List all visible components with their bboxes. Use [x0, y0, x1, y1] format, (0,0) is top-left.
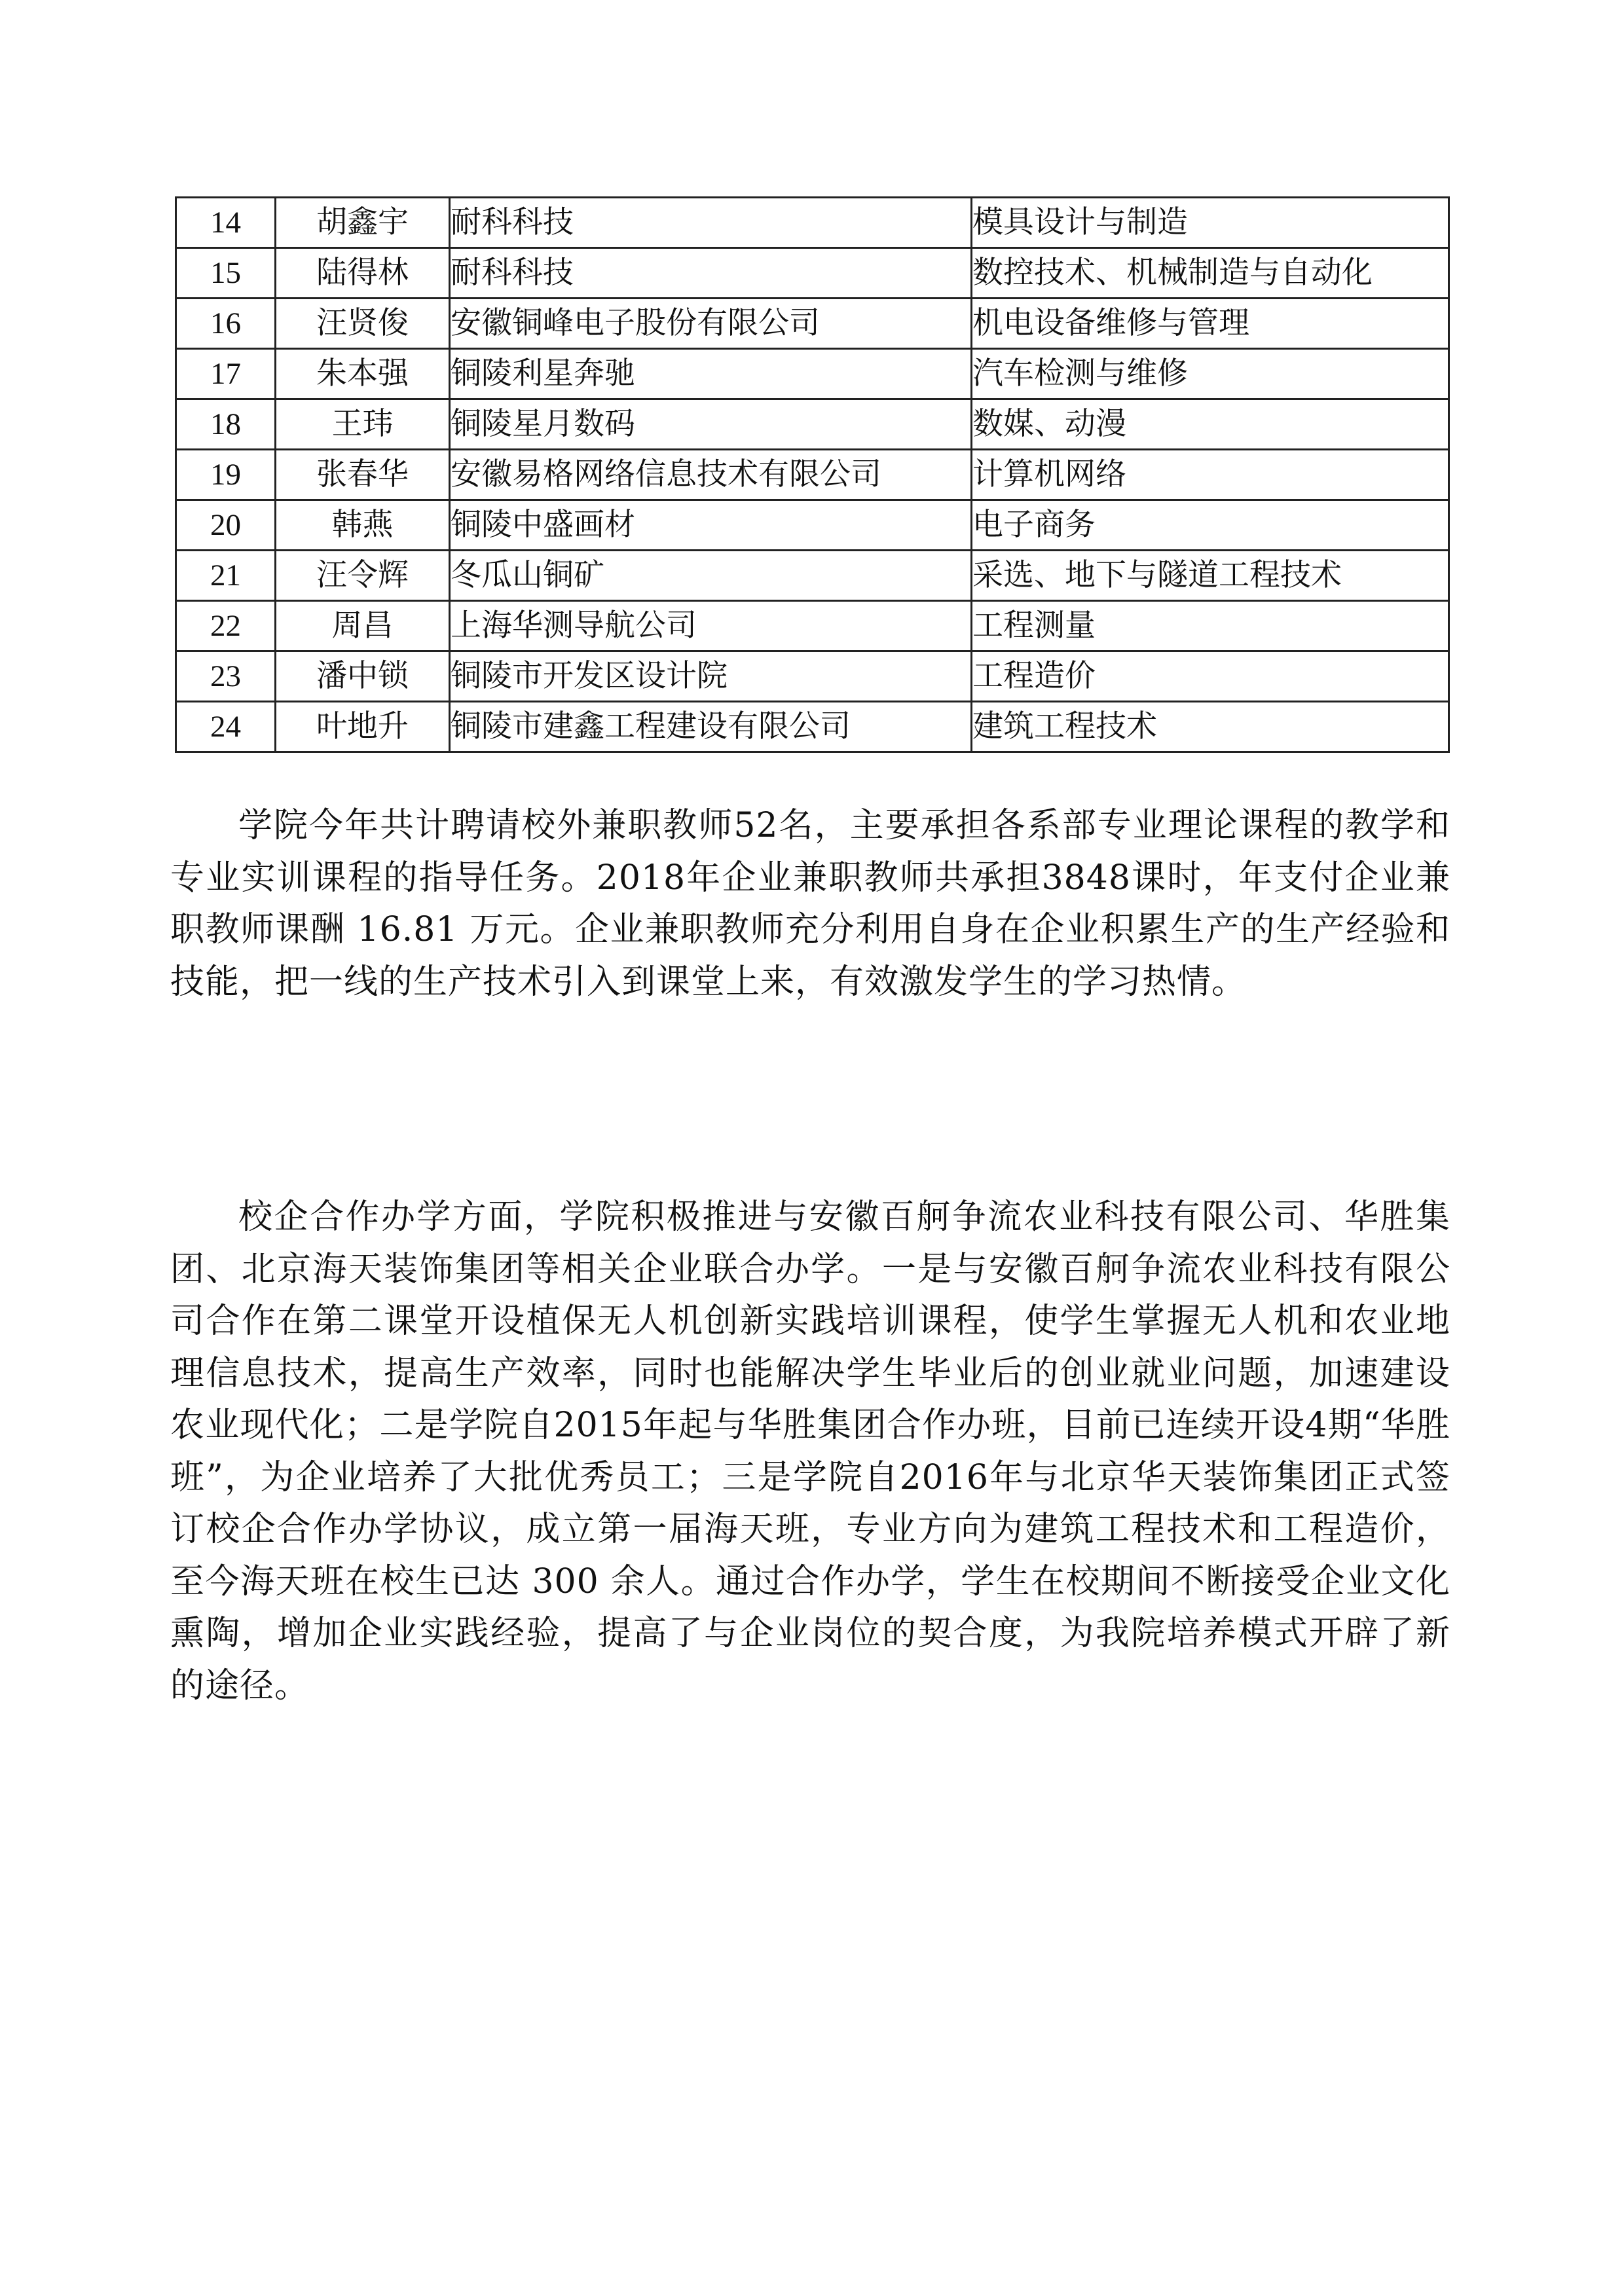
table-row: 19 张春华 安徽易格网络信息技术有限公司 计算机网络: [176, 450, 1449, 500]
teacher-name: 叶地升: [276, 702, 450, 752]
row-number: 15: [176, 248, 276, 299]
teacher-name: 朱本强: [276, 349, 450, 399]
major-name: 模具设计与制造: [972, 198, 1449, 248]
major-name: 工程造价: [972, 651, 1449, 702]
major-name: 机电设备维修与管理: [972, 299, 1449, 349]
row-number: 24: [176, 702, 276, 752]
table-row: 18 王玮 铜陵星月数码 数媒、动漫: [176, 399, 1449, 450]
teacher-name: 汪令辉: [276, 551, 450, 601]
table-row: 22 周昌 上海华测导航公司 工程测量: [176, 601, 1449, 651]
row-number: 21: [176, 551, 276, 601]
teacher-name: 张春华: [276, 450, 450, 500]
major-name: 数控技术、机械制造与自动化: [972, 248, 1449, 299]
company-name: 安徽易格网络信息技术有限公司: [450, 450, 972, 500]
teacher-name: 胡鑫宇: [276, 198, 450, 248]
table-row: 21 汪令辉 冬瓜山铜矿 采选、地下与隧道工程技术: [176, 551, 1449, 601]
company-name: 铜陵中盛画材: [450, 500, 972, 551]
major-name: 数媒、动漫: [972, 399, 1449, 450]
table-row: 16 汪贤俊 安徽铜峰电子股份有限公司 机电设备维修与管理: [176, 299, 1449, 349]
major-name: 工程测量: [972, 601, 1449, 651]
teacher-name: 潘中锁: [276, 651, 450, 702]
teacher-name: 韩燕: [276, 500, 450, 551]
company-name: 耐科科技: [450, 198, 972, 248]
company-name: 铜陵市建鑫工程建设有限公司: [450, 702, 972, 752]
company-name: 上海华测导航公司: [450, 601, 972, 651]
row-number: 18: [176, 399, 276, 450]
row-number: 17: [176, 349, 276, 399]
table-row: 20 韩燕 铜陵中盛画材 电子商务: [176, 500, 1449, 551]
row-number: 22: [176, 601, 276, 651]
table-row: 24 叶地升 铜陵市建鑫工程建设有限公司 建筑工程技术: [176, 702, 1449, 752]
paragraph-school-enterprise-cooperation: 校企合作办学方面，学院积极推进与安徽百舸争流农业科技有限公司、华胜集团、北京海天…: [170, 1192, 1450, 1712]
row-number: 23: [176, 651, 276, 702]
table-row: 14 胡鑫宇 耐科科技 模具设计与制造: [176, 198, 1449, 248]
major-name: 采选、地下与隧道工程技术: [972, 551, 1449, 601]
document-page: 14 胡鑫宇 耐科科技 模具设计与制造 15 陆得林 耐科科技 数控技术、机械制…: [0, 0, 1624, 2296]
teacher-name: 周昌: [276, 601, 450, 651]
row-number: 16: [176, 299, 276, 349]
teacher-name: 陆得林: [276, 248, 450, 299]
row-number: 20: [176, 500, 276, 551]
major-name: 电子商务: [972, 500, 1449, 551]
table-row: 23 潘中锁 铜陵市开发区设计院 工程造价: [176, 651, 1449, 702]
paragraph-part-time-teachers: 学院今年共计聘请校外兼职教师52名，主要承担各系部专业理论课程的教学和专业实训课…: [170, 800, 1450, 1008]
company-name: 耐科科技: [450, 248, 972, 299]
table-row: 17 朱本强 铜陵利星奔驰 汽车检测与维修: [176, 349, 1449, 399]
part-time-teacher-table: 14 胡鑫宇 耐科科技 模具设计与制造 15 陆得林 耐科科技 数控技术、机械制…: [175, 196, 1450, 753]
row-number: 14: [176, 198, 276, 248]
company-name: 铜陵星月数码: [450, 399, 972, 450]
major-name: 汽车检测与维修: [972, 349, 1449, 399]
table-row: 15 陆得林 耐科科技 数控技术、机械制造与自动化: [176, 248, 1449, 299]
table-body: 14 胡鑫宇 耐科科技 模具设计与制造 15 陆得林 耐科科技 数控技术、机械制…: [176, 198, 1449, 752]
company-name: 安徽铜峰电子股份有限公司: [450, 299, 972, 349]
company-name: 冬瓜山铜矿: [450, 551, 972, 601]
company-name: 铜陵市开发区设计院: [450, 651, 972, 702]
company-name: 铜陵利星奔驰: [450, 349, 972, 399]
row-number: 19: [176, 450, 276, 500]
major-name: 计算机网络: [972, 450, 1449, 500]
teacher-name: 王玮: [276, 399, 450, 450]
major-name: 建筑工程技术: [972, 702, 1449, 752]
teacher-name: 汪贤俊: [276, 299, 450, 349]
